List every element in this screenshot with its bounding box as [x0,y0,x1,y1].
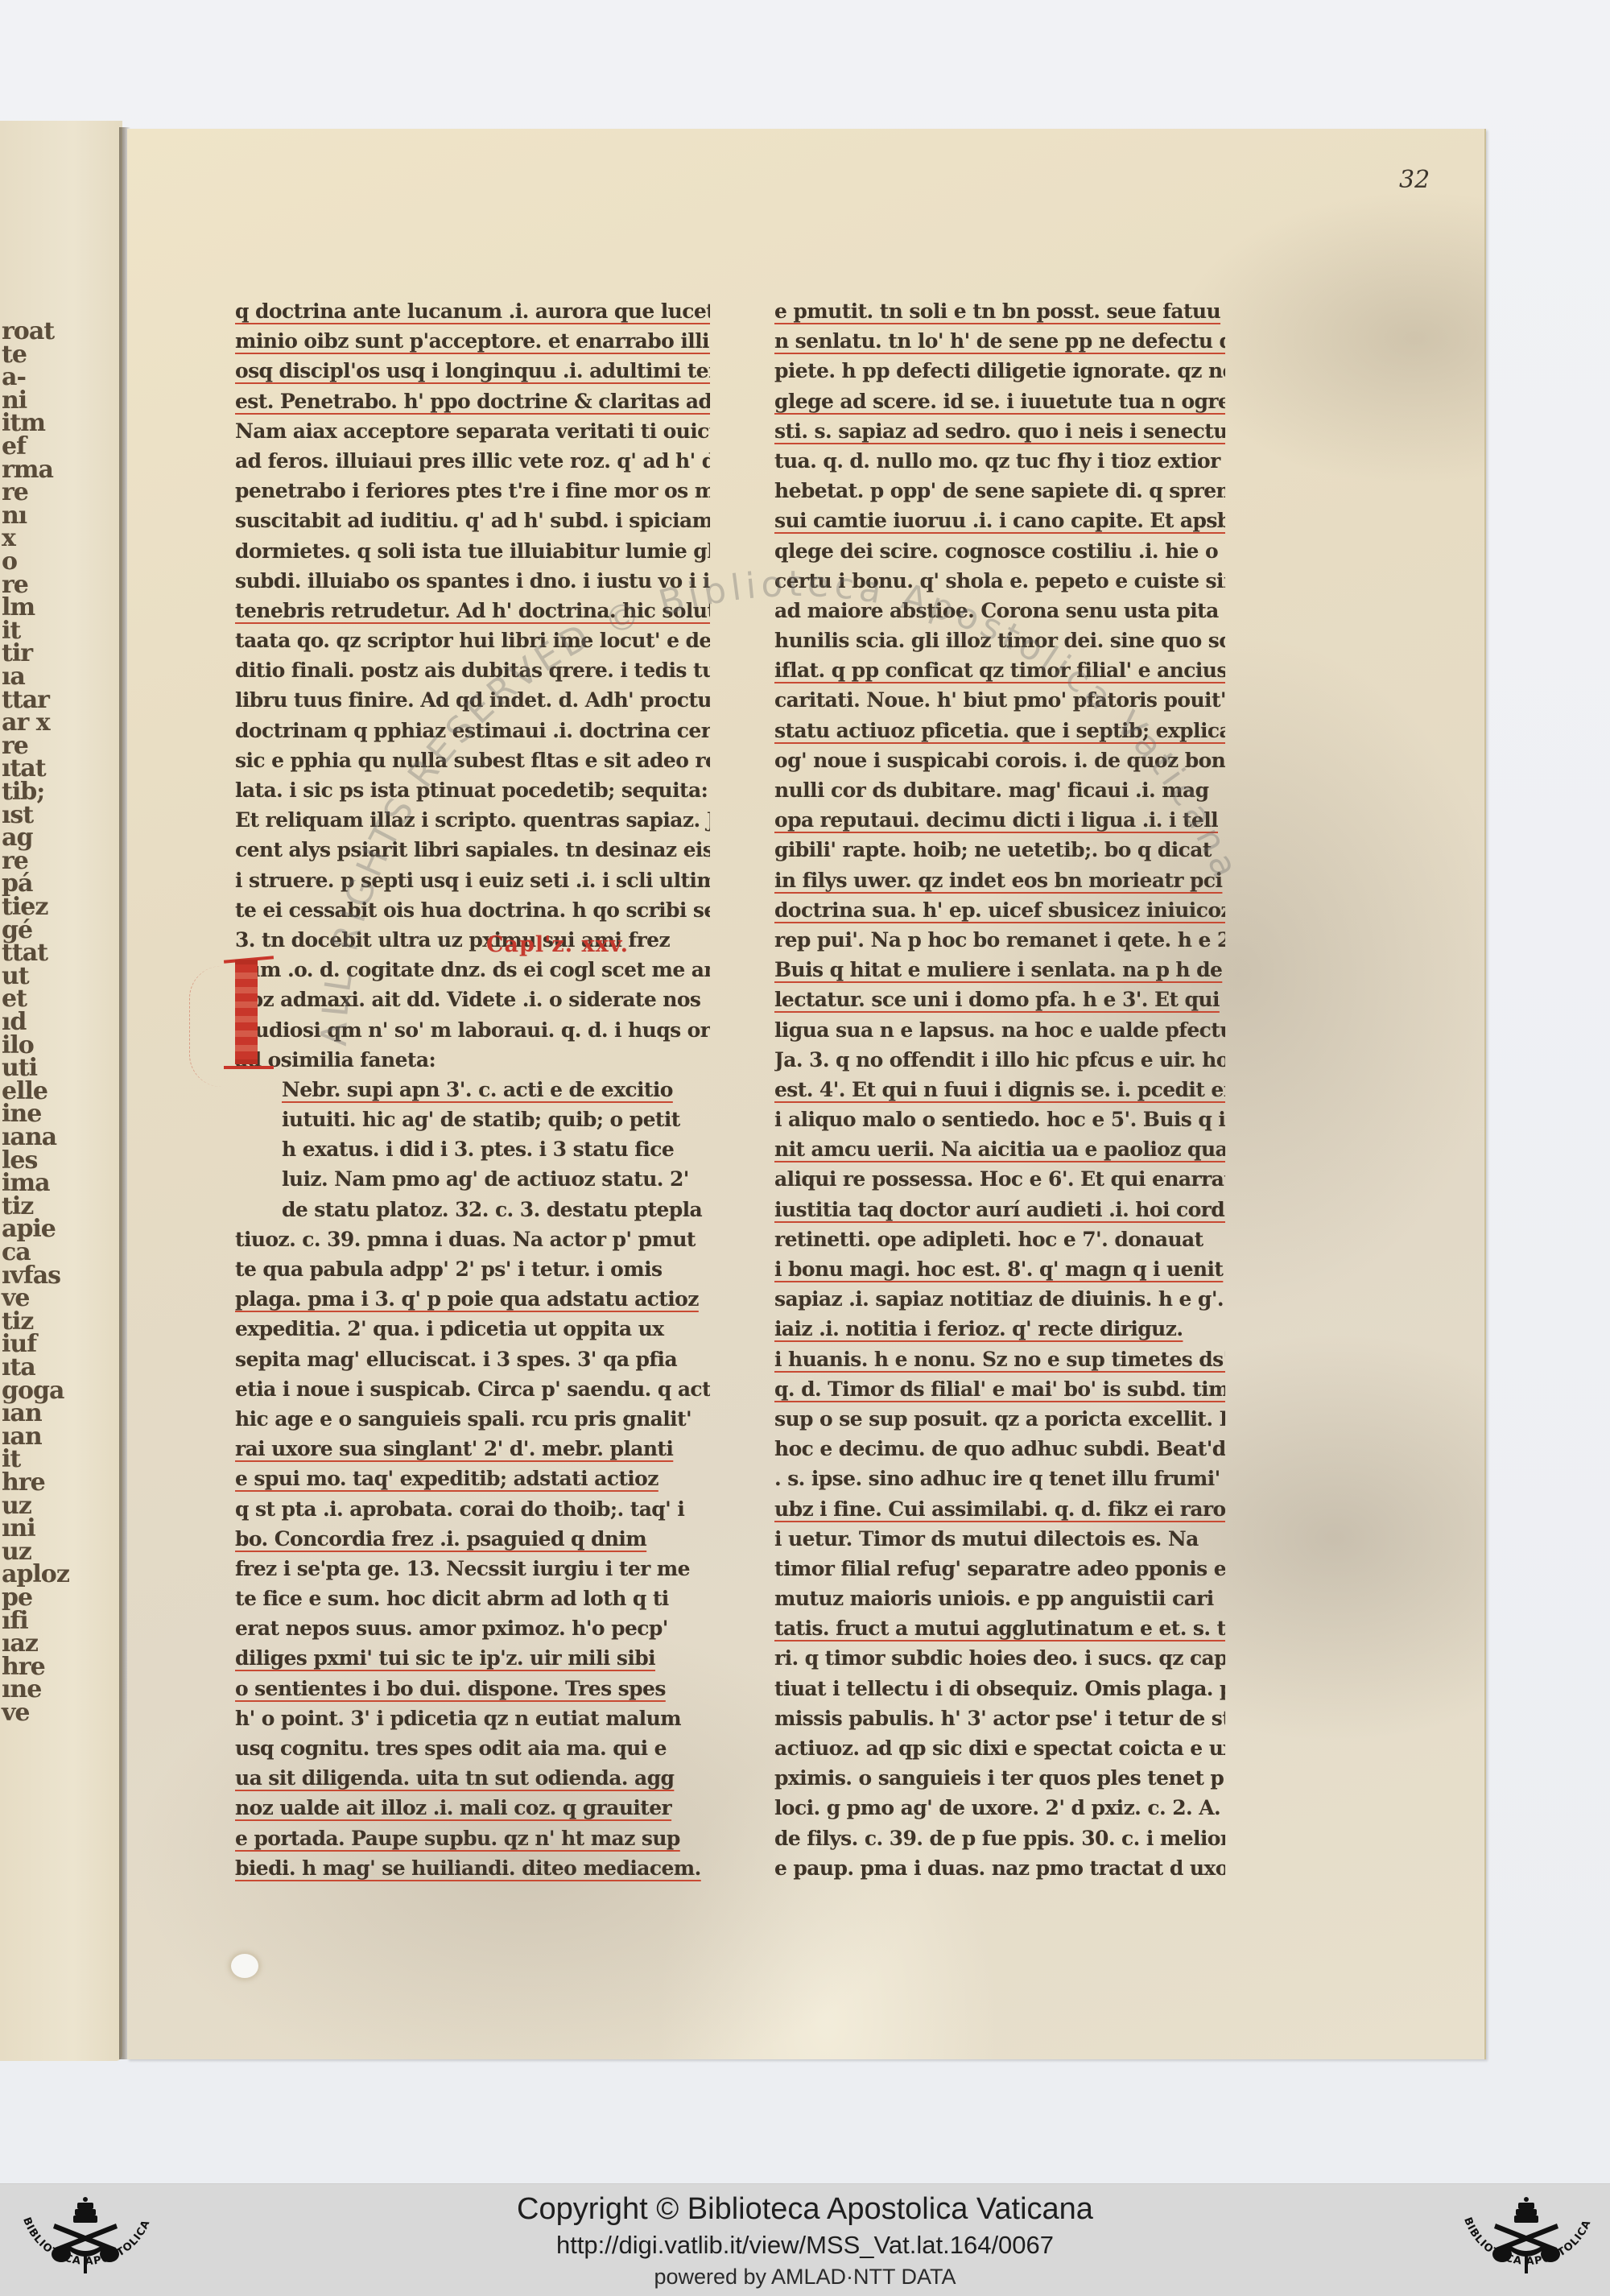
manuscript-line: i uetur. Timor ds mutui dilectois es. Na [774,1524,1225,1554]
manuscript-line: Nam aiax acceptore separata veritati ti … [235,416,710,446]
manuscript-line: Nebr. supi apn 3'. c. acti e de excitio [235,1075,710,1105]
manuscript-line: osq discipl'os usq i longinquu .i. adult… [235,356,710,386]
papal-coat-of-arms-icon [52,2197,119,2273]
initial-serif-bottom [224,1066,274,1069]
manuscript-line: sum .o. d. cogitate dnz. ds ei cogl scet… [235,955,710,985]
manuscript-line: rep pui'. Na p hoc bo remanet i qete. h … [774,925,1225,955]
manuscript-line: taata qo. qz scriptor hui libri ime locu… [235,626,710,655]
manuscript-line: h exatus. i did i 3. ptes. i 3 statu fic… [235,1134,710,1164]
manuscript-line: Ja. 3. q no offendit i illo hic pfcus e … [774,1045,1225,1075]
manuscript-line: sti. s. sapiaz ad sedro. quo i neis i se… [774,416,1225,446]
manuscript-line: ad osimilia faneta: [235,1045,710,1075]
manuscript-line: rai uxore sua singlant' 2' d'. mebr. pla… [235,1434,710,1464]
manuscript-line: iflat. q pp conficat qz timor filial' e … [774,655,1225,685]
manuscript-line: hic age e o sanguieis spali. rcu pris gn… [235,1404,710,1434]
manuscript-line: iustitia taq doctor aurí audieti .i. hoi… [774,1195,1225,1224]
manuscript-line: Buis q hitat e muliere i senlata. na p h… [774,955,1225,985]
manuscript-line: iutuiti. hic ag' de statib; quib; o peti… [235,1105,710,1134]
manuscript-line: est. Penetrabo. h' ppo doctrine & clarit… [235,386,710,416]
manuscript-line: iaiz .i. notitia i ferioz. q' recte diri… [774,1314,1225,1344]
manuscript-line: certu i bonu. q' shola e. pepeto e cuist… [774,566,1225,596]
left-page-fragment: ve [2,1699,30,1727]
manuscript-line: q st pta .i. aprobata. corai do thoib;. … [235,1494,710,1524]
manuscript-line: e paup. pma i duas. naz pmo tractat d ux… [774,1853,1225,1883]
manuscript-line: etia i noue i suspicab. Circa p' saendu.… [235,1374,710,1404]
manuscript-line: ad maiore abstioe. Corona senu usta pita… [774,596,1225,626]
manuscript-line: hoc e decimu. de quo adhuc subdi. Beat'd… [774,1434,1225,1464]
manuscript-line: cent alys psiarit libri sapiales. tn des… [235,835,710,865]
manuscript-line: mutuz maioris uniois. e pp anguistii car… [774,1584,1225,1613]
text-column-right: e pmutit. tn soli e tn bn posst. seue fa… [774,296,1225,1883]
manuscript-line: subdi. illuiabo os spantes i dno. i iust… [235,566,710,596]
manuscript-line: est. 4'. Et qui n fuui i dignis se. i. p… [774,1075,1225,1105]
manuscript-line: og' noue i suspicabi corois. i. de quoz … [774,745,1225,775]
manuscript-line: opa reputaui. decimu dicti i ligua .i. i… [774,805,1225,835]
manuscript-line: frez i se'pta ge. 13. Necssit iurgiu i t… [235,1554,710,1584]
text-column-left: q doctrina ante lucanum .i. aurora que l… [235,296,710,1883]
manuscript-line: n senlatu. tn lo' h' de sene pp ne defec… [774,326,1225,356]
folio-number: 32 [1399,166,1430,194]
manuscript-line: q. d. Timor ds filial' e mai' bo' is sub… [774,1374,1225,1404]
manuscript-line: de filys. c. 39. de p fue ppis. 30. c. i… [774,1823,1225,1853]
manuscript-line: . s. ipse. sino adhuc ire q tenet illu f… [774,1464,1225,1493]
vatican-library-logo-left: BIBLIOTECA APOSTOLICA VATICANA [5,2191,166,2294]
manuscript-line: pximis. o sanguieis i ter quos ples tene… [774,1763,1225,1793]
parchment-hole [231,1954,258,1978]
manuscript-line: de statu platoz. 32. c. 3. destatu ptepl… [235,1195,710,1224]
manuscript-line: nit amcu uerii. Na aicitia ua e paolioz … [774,1134,1225,1164]
manuscript-line: te fice e sum. hoc dicit abrm ad loth q … [235,1584,710,1613]
manuscript-line: e pmutit. tn soli e tn bn posst. seue fa… [774,296,1225,326]
manuscript-line: h' o point. 3' i pdicetia qz n eutiat ma… [235,1703,710,1733]
manuscript-line: sui camtie iuoruu .i. i cano capite. Et … [774,506,1225,535]
manuscript-line: 3. tn docebit ultra uz pximu sui ami fre… [235,925,710,955]
manuscript-line: glege ad scere. id se. i iuuetute tua n … [774,386,1225,416]
manuscript-line: e spui mo. taq' expeditib; adstati actio… [235,1464,710,1493]
footer-copyright: Copyright © Biblioteca Apostolica Vatica… [0,2192,1610,2227]
manuscript-line: actiuoz. ad qp sic dixi e spectat coicta… [774,1733,1225,1763]
manuscript-line: luiz. Nam pmo ag' de actiuoz statu. 2' [235,1164,710,1194]
manuscript-line: piete. h pp defecti diligetie ignorate. … [774,356,1225,386]
vatican-library-logo-right: BIBLIOTECA APOSTOLICA VATICANA [1446,2191,1607,2294]
manuscript-line: libru tuus finire. Ad qd indet. d. Adh' … [235,685,710,715]
manuscript-line: usq cognitu. tres spes odit aia ma. qui … [235,1733,710,1763]
manuscript-line: hunilis scia. gli illoz timor dei. sine … [774,626,1225,655]
manuscript-line: sic e pphia qu nulla subest fltas e sit … [235,745,710,775]
manuscript-line: ad feros. illuiaui pres illic vete roz. … [235,446,710,476]
manuscript-line: ri. q timor subdic hoies deo. i sucs. qz… [774,1643,1225,1673]
manuscript-scan: roattea-niitmefrmarenıxorelmittirıattara… [0,0,1610,2183]
manuscript-line: ditio finali. postz ais dubitas qrere. i… [235,655,710,685]
manuscript-line: plaga. pma i 3. q' p poie qua adstatu ac… [235,1284,710,1314]
manuscript-line: in filys uwer. qz indet eos bn morieatr … [774,865,1225,895]
manuscript-line: hebetat. p opp' de sene sapiete di. q sp… [774,476,1225,506]
manuscript-line: ligua sua n e lapsus. na hoc e ualde pfe… [774,1015,1225,1045]
manuscript-line: sepita mag' elluciscat. i 3 spes. 3' qa … [235,1344,710,1374]
manuscript-line: ubz admaxi. ait dd. Videte .i. o siderat… [235,985,710,1014]
manuscript-line: tiuat i tellectu i di obsequiz. Omis pla… [774,1674,1225,1703]
manuscript-line: timor filial refug' separatre adeo pponi… [774,1554,1225,1584]
manuscript-line: bo. Concordia frez .i. psaguied q dnim [235,1524,710,1554]
papal-coat-of-arms-icon [1492,2197,1560,2273]
manuscript-line: suscitabit ad iuditiu. q' ad h' subd. i … [235,506,710,535]
manuscript-line: noz ualde ait illoz .i. mali coz. q grau… [235,1793,710,1823]
manuscript-line: missis pabulis. h' 3' actor pse' i tetur… [774,1703,1225,1733]
manuscript-line: doctrinam q pphiaz estimaui .i. doctrina… [235,716,710,745]
manuscript-line: caritati. Noue. h' biut pmo' pfatoris po… [774,685,1225,715]
manuscript-line: i struere. p septi usq i euiz seti .i. i… [235,865,710,895]
manuscript-line: diliges pxmi' tui sic te ip'z. uir mili … [235,1643,710,1673]
manuscript-line: ubz i fine. Cui assimilabi. q. d. fikz e… [774,1494,1225,1524]
manuscript-line: qlege dei scire. cognosce costiliu .i. h… [774,536,1225,566]
manuscript-line: studiosi qm n' so' m laboraui. q. d. i h… [235,1015,710,1045]
manuscript-line: q doctrina ante lucanum .i. aurora que l… [235,296,710,326]
manuscript-line: lata. i sic ps ista ptinuat pocedetib; s… [235,775,710,805]
manuscript-line: minio oibz sunt p'acceptore. et enarrabo… [235,326,710,356]
manuscript-line: tua. q. d. nullo mo. qz tuc fhy i tioz e… [774,446,1225,476]
manuscript-line: aliqui re possessa. Hoc e 6'. Et qui ena… [774,1164,1225,1194]
chapter-heading-rubric: Capl'z. xxv. [486,932,629,957]
manuscript-line: retinetti. ope adipleti. hoc e 7'. donau… [774,1224,1225,1254]
red-initial-letter-i [235,960,258,1064]
footer: Copyright © Biblioteca Apostolica Vatica… [0,2183,1610,2296]
manuscript-line: i aliquo malo o sentiedo. hoc e 5'. Buis… [774,1105,1225,1134]
footer-powered-by: powered by AMLAD·NTT DATA [0,2265,1610,2290]
manuscript-line: penetrabo i feriores ptes t're i fine mo… [235,476,710,506]
manuscript-line: loci. g pmo ag' de uxore. 2' d pxiz. c. … [774,1793,1225,1823]
manuscript-line: tiuoz. c. 39. pmna i duas. Na actor p' p… [235,1224,710,1254]
manuscript-line: doctrina sua. h' ep. uicef sbusicez iniu… [774,895,1225,925]
manuscript-line: gibili' rapte. hoib; ne uetetib;. bo q d… [774,835,1225,865]
footer-url-link[interactable]: http://digi.vatlib.it/view/MSS_Vat.lat.1… [0,2231,1610,2260]
manuscript-line: i huanis. h e nonu. Sz no e sup timetes … [774,1344,1225,1374]
manuscript-line: ua sit diligenda. uita tn sut odienda. a… [235,1763,710,1793]
manuscript-line: statu actiuoz pficetia. que i septib; ex… [774,716,1225,745]
manuscript-line: sapiaz .i. sapiaz notitiaz de diuinis. h… [774,1284,1225,1314]
manuscript-line: biedi. h mag' se huiliandi. diteo mediac… [235,1853,710,1883]
manuscript-line: e portada. Paupe supbu. qz n' ht maz sup [235,1823,710,1853]
manuscript-line: tenebris retrudetur. Ad h' doctrina. hic… [235,596,710,626]
manuscript-line: dormietes. q soli ista tue illuiabitur l… [235,536,710,566]
manuscript-line: expeditia. 2' qua. i pdicetia ut oppita … [235,1314,710,1344]
manuscript-line: Et reliquam illaz i scripto. quentras sa… [235,805,710,835]
manuscript-line: tatis. fruct a mutui agglutinatum e et. … [774,1613,1225,1643]
manuscript-line: o sentientes i bo dui. dispone. Tres spe… [235,1674,710,1703]
manuscript-line: erat nepos suus. amor pximoz. h'o pecp' [235,1613,710,1643]
manuscript-line: lectatur. sce uni i domo pfa. h e 3'. Et… [774,985,1225,1014]
manuscript-line: nulli cor ds dubitare. mag' ficaui .i. m… [774,775,1225,805]
manuscript-line: te ei cessabit ois hua doctrina. h qo sc… [235,895,710,925]
manuscript-line: sup o se sup posuit. qz a poricta excell… [774,1404,1225,1434]
manuscript-line: te qua pabula adpp' 2' ps' i tetur. i om… [235,1254,710,1284]
manuscript-line: i bonu magi. hoc est. 8'. q' magn q i ue… [774,1254,1225,1284]
